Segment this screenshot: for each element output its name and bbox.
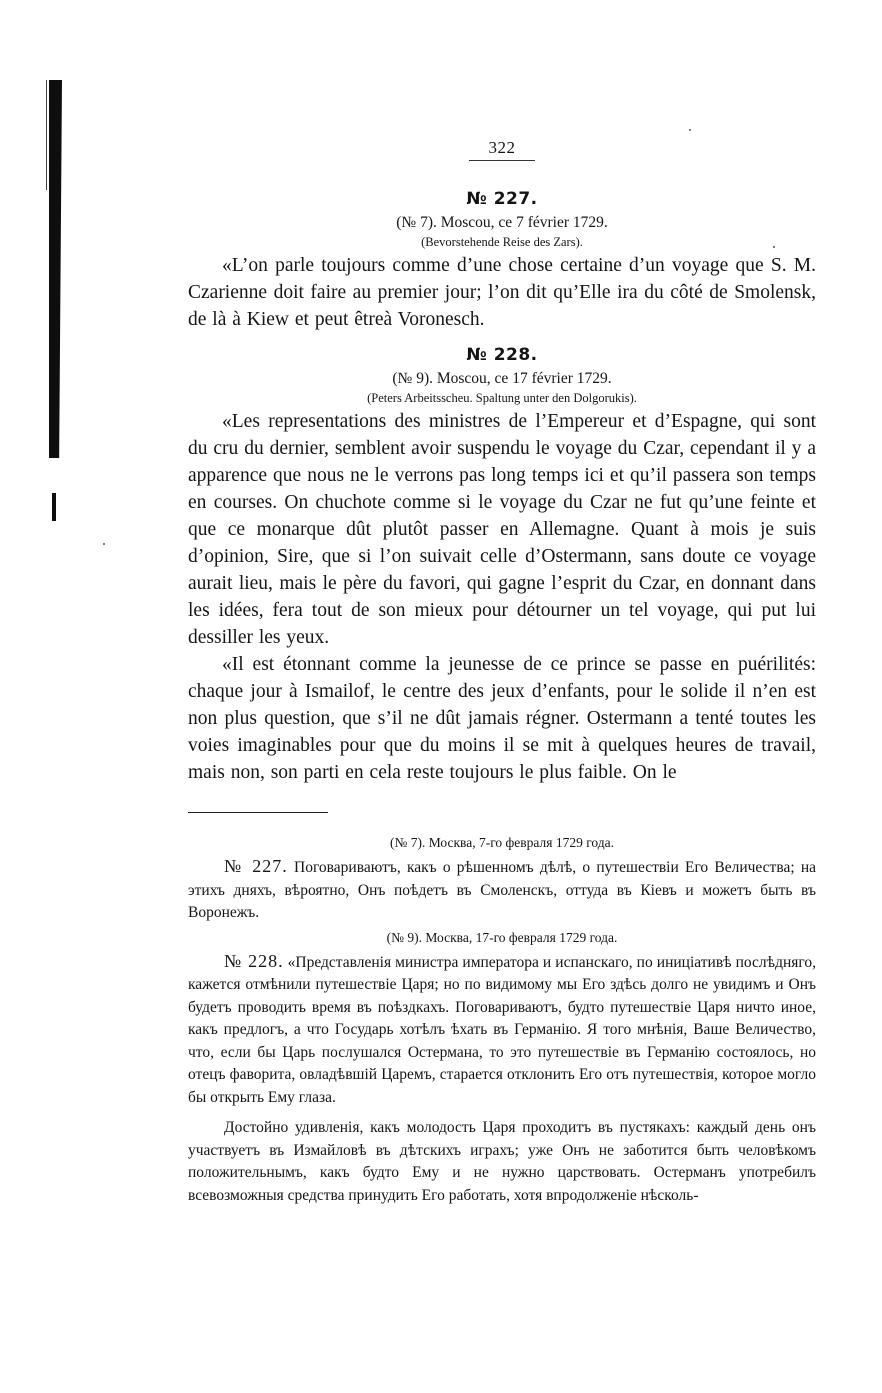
document-paragraph: «Les representations des ministres de l’…: [188, 408, 816, 651]
translation-paragraph: № 228. «Представленія министра император…: [188, 950, 816, 1110]
document-heading: № 228.: [188, 345, 816, 365]
footnote-divider: [188, 812, 328, 813]
book-page: 322 № 227. (№ 7). Moscou, ce 7 février 1…: [188, 138, 816, 1207]
translation-dateline: (№ 9). Москва, 17-го февраля 1729 года.: [188, 930, 816, 946]
scan-edge-line: [46, 80, 47, 190]
document-228: № 228. (№ 9). Moscou, ce 17 février 1729…: [188, 345, 816, 786]
scan-margin-mark: [52, 493, 56, 521]
translation-number: № 227.: [224, 856, 288, 876]
document-paragraph: «Il est étonnant comme la jeunesse de ce…: [188, 651, 816, 786]
scan-speck: [689, 129, 691, 131]
translation-number: № 228.: [224, 951, 284, 971]
scan-speck: [103, 543, 105, 545]
document-dateline: (№ 7). Moscou, ce 7 février 1729.: [188, 214, 816, 232]
translation-dateline: (№ 7). Москва, 7-го февраля 1729 года.: [188, 835, 816, 851]
translation-paragraph: Достойно удивленія, какъ молодость Царя …: [188, 1117, 816, 1207]
document-paragraph: «L’on parle toujours comme d’une chose c…: [188, 252, 816, 333]
document-heading: № 227.: [188, 189, 816, 209]
document-summary: (Bevorstehende Reise des Zars).: [188, 235, 816, 250]
translation-227: (№ 7). Москва, 7-го февраля 1729 года. №…: [188, 835, 816, 925]
translation-text: «Представленія министра императора и исп…: [188, 954, 816, 1106]
scan-margin-bar: [49, 80, 62, 458]
document-summary: (Peters Arbeitsscheu. Spaltung unter den…: [188, 391, 816, 406]
document-227: № 227. (№ 7). Moscou, ce 7 février 1729.…: [188, 189, 816, 333]
document-dateline: (№ 9). Moscou, ce 17 février 1729.: [188, 370, 816, 388]
translation-paragraph: № 227. Поговариваютъ, какъ о рѣшенномъ д…: [188, 855, 816, 925]
page-number: 322: [188, 138, 816, 158]
translation-228: (№ 9). Москва, 17-го февраля 1729 года. …: [188, 930, 816, 1208]
page-number-rule: [469, 160, 535, 161]
